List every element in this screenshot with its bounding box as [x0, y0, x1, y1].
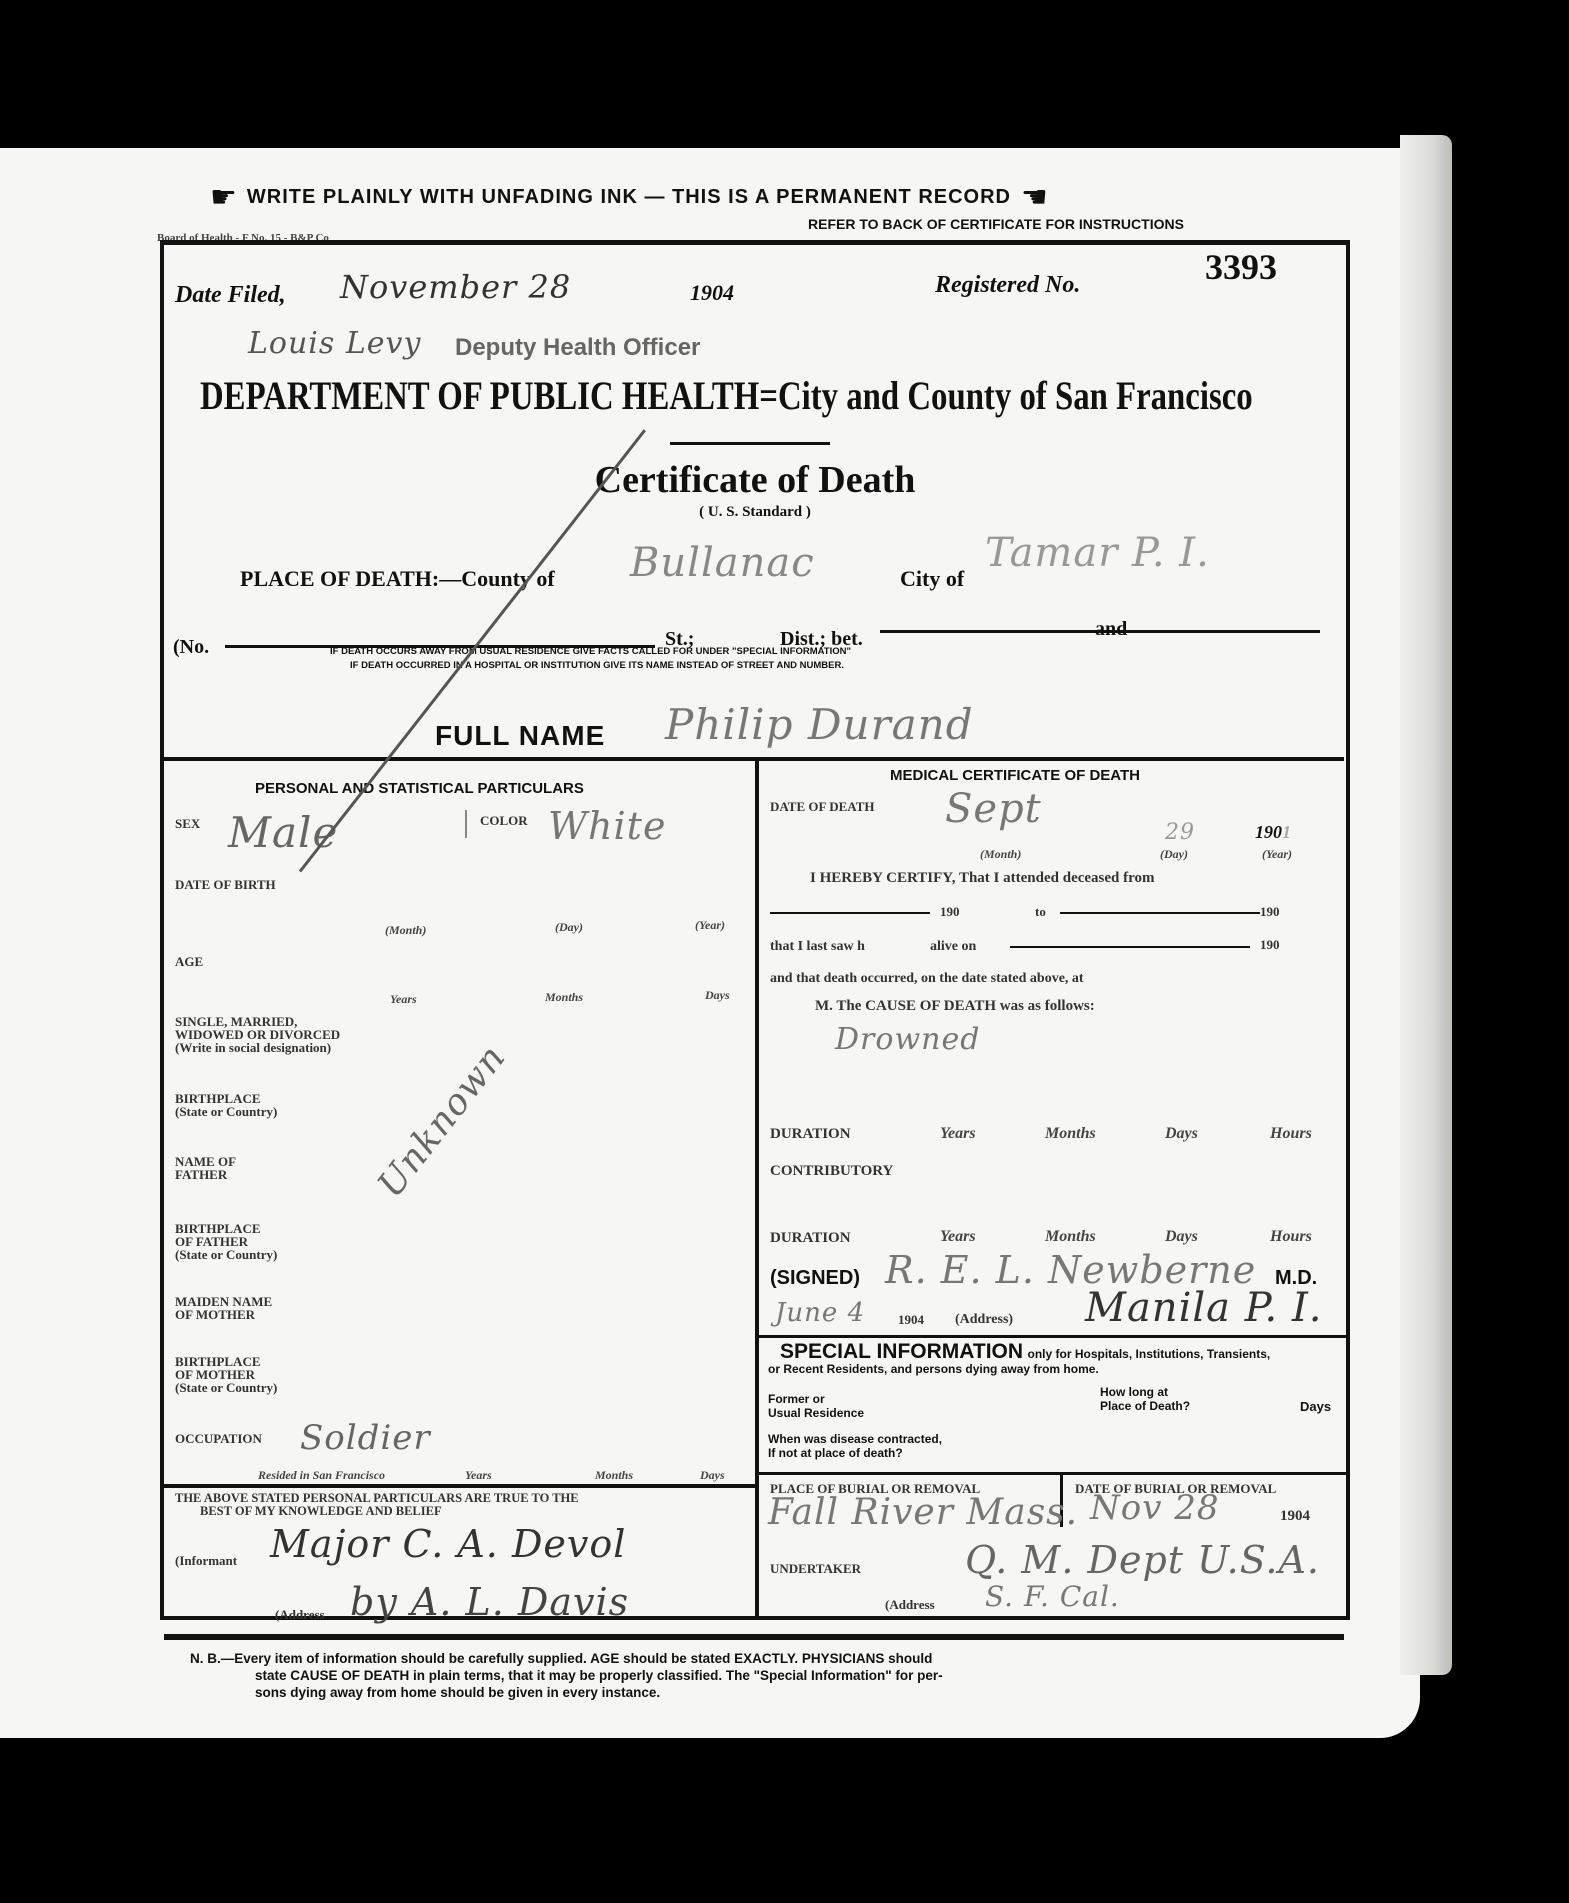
bottom-frame-rule	[164, 1634, 1344, 1640]
dod-month-value: Sept	[945, 786, 1042, 832]
undertaker-address-label: (Address	[885, 1598, 935, 1611]
burial-year: 1904	[1280, 1510, 1310, 1523]
burial-divider	[757, 1472, 1347, 1475]
resided-months: Months	[595, 1468, 633, 1483]
attest-divider	[164, 1484, 756, 1488]
dod-year-caption: (Year)	[1262, 847, 1292, 862]
color-value: White	[548, 804, 666, 848]
occupation-label: OCCUPATION	[175, 1432, 262, 1445]
age-label: AGE	[175, 955, 203, 968]
date-filed-label: Date Filed,	[175, 282, 286, 309]
standard-note: ( U. S. Standard )	[555, 504, 955, 521]
duration-months: Months	[1045, 1125, 1096, 1143]
city-label: City of	[900, 566, 964, 592]
informant-label: (Informant	[175, 1554, 237, 1567]
duration2-days: Days	[1165, 1228, 1198, 1246]
dob-year: (Year)	[695, 918, 725, 933]
father-name-label: NAME OF FATHER	[175, 1155, 236, 1181]
special-heading-2: or Recent Residents, and persons dying a…	[768, 1362, 1099, 1376]
resided-label: Resided in San Francisco	[258, 1468, 385, 1483]
duration-years: Years	[940, 1125, 976, 1143]
sex-value: Male	[228, 808, 338, 857]
resided-years: Years	[465, 1468, 492, 1483]
last-saw-label: that I last saw h	[770, 940, 865, 953]
and-label: and	[1095, 618, 1127, 641]
duration-label: DURATION	[770, 1128, 851, 1141]
occupation-value: Soldier	[300, 1418, 431, 1458]
place-of-death-label: PLACE OF DEATH:—County of	[240, 566, 555, 592]
duration2-hours: Hours	[1270, 1228, 1312, 1246]
cause-value: Drowned	[835, 1022, 980, 1057]
alive-on-year: 190	[1260, 938, 1280, 951]
disease-contracted-label: When was disease contracted, If not at p…	[768, 1432, 942, 1460]
sex-color-divider	[465, 810, 467, 838]
father-birthplace-label: BIRTHPLACE OF FATHER (State or Country)	[175, 1222, 277, 1261]
personal-heading: PERSONAL AND STATISTICAL PARTICULARS	[255, 780, 584, 797]
age-months: Months	[545, 990, 583, 1005]
dod-day-value: 29	[1165, 820, 1195, 845]
signed-label: (SIGNED)	[770, 1267, 860, 1290]
medical-heading: MEDICAL CERTIFICATE OF DEATH	[890, 767, 1140, 784]
physician-address-label: (Address)	[955, 1313, 1013, 1326]
birthplace-label: BIRTHPLACE (State or Country)	[175, 1092, 277, 1118]
pointing-hand-right-icon: ☛	[1021, 188, 1048, 208]
former-residence-label: Former or Usual Residence	[768, 1392, 864, 1420]
color-label: COLOR	[480, 814, 528, 827]
resided-days: Days	[700, 1468, 725, 1483]
duration-days: Days	[1165, 1125, 1198, 1143]
special-heading: SPECIAL INFORMATION only for Hospitals, …	[780, 1340, 1270, 1364]
occurred-text: and that death occurred, on the date sta…	[770, 972, 1084, 985]
dob-label: DATE OF BIRTH	[175, 878, 276, 891]
dod-month-caption: (Month)	[980, 847, 1021, 862]
officer-title: Deputy Health Officer	[455, 334, 700, 362]
title-divider	[670, 442, 830, 445]
cause-label: M. The CAUSE OF DEATH was as follows:	[815, 1000, 1095, 1013]
to-year: 190	[1260, 905, 1280, 918]
department-title: DEPARTMENT OF PUBLIC HEALTH=City and Cou…	[200, 372, 1118, 419]
dob-month: (Month)	[385, 923, 426, 938]
date-filed-value: November 28	[340, 268, 571, 306]
sign-year: 1904	[898, 1313, 924, 1326]
special-divider	[757, 1335, 1347, 1338]
alive-on-line	[1010, 946, 1250, 948]
from-line	[770, 912, 930, 914]
duration-label-2: DURATION	[770, 1232, 851, 1245]
physician-address-value: Manila P. I.	[1085, 1285, 1322, 1331]
registered-label: Registered No.	[935, 272, 1080, 299]
burial-date-value: Nov 28	[1090, 1488, 1220, 1528]
residence-note: IF DEATH OCCURS AWAY FROM USUAL RESIDENC…	[330, 646, 851, 657]
street-number-label: (No.	[173, 636, 209, 659]
mother-birthplace-label: BIRTHPLACE OF MOTHER (State or Country)	[175, 1355, 277, 1394]
full-name-label: FULL NAME	[435, 720, 605, 752]
to-label: to	[1035, 905, 1046, 918]
pointing-hand-left-icon: ☛	[210, 188, 237, 208]
column-divider	[755, 760, 759, 1620]
how-long-days: Days	[1300, 1399, 1331, 1414]
full-name-value: Philip Durand	[665, 700, 974, 749]
dod-label: DATE OF DEATH	[770, 800, 875, 813]
undertaker-address-value: S. F. Cal.	[985, 1580, 1120, 1613]
page-edge	[1400, 135, 1452, 1675]
registered-number: 3393	[1205, 246, 1277, 288]
sign-date: June 4	[775, 1298, 865, 1328]
county-value: Bullanac	[630, 540, 815, 586]
date-filed-year: 1904	[690, 280, 734, 306]
how-long-label: How long at Place of Death?	[1100, 1385, 1190, 1413]
certify-text: I HEREBY CERTIFY, That I attended deceas…	[810, 872, 1155, 885]
hospital-note: IF DEATH OCCURRED IN A HOSPITAL OR INSTI…	[350, 660, 844, 671]
warning-banner: ☛ WRITE PLAINLY WITH UNFADING INK — THIS…	[210, 186, 1310, 209]
from-year: 190	[940, 905, 960, 918]
contributory-label: CONTRIBUTORY	[770, 1165, 893, 1178]
mother-name-label: MAIDEN NAME OF MOTHER	[175, 1295, 272, 1321]
age-years: Years	[390, 992, 417, 1007]
sex-label: SEX	[175, 817, 200, 830]
duration2-months: Months	[1045, 1228, 1096, 1246]
nb-footer: N. B.—Every item of information should b…	[190, 1650, 943, 1701]
duration-hours: Hours	[1270, 1125, 1312, 1143]
duration2-years: Years	[940, 1228, 976, 1246]
to-line	[1060, 912, 1260, 914]
undertaker-label: UNDERTAKER	[770, 1562, 861, 1575]
informant-address-label: (Address	[275, 1608, 325, 1621]
dod-day-caption: (Day)	[1160, 847, 1188, 862]
city-value: Tamar P. I.	[985, 530, 1210, 576]
dob-day: (Day)	[555, 920, 583, 935]
dod-year-value: 1901	[1255, 822, 1291, 843]
burial-place-value: Fall River Mass.	[768, 1492, 1078, 1533]
undertaker-value: Q. M. Dept U.S.A.	[965, 1538, 1320, 1582]
officer-signature: Louis Levy	[248, 326, 421, 361]
informant-address-value: by A. L. Davis	[350, 1580, 629, 1624]
section-divider	[164, 757, 1344, 761]
age-days: Days	[705, 988, 730, 1003]
refer-instructions: REFER TO BACK OF CERTIFICATE FOR INSTRUC…	[808, 216, 1184, 232]
alive-on-label: alive on	[930, 940, 976, 953]
marital-label: SINGLE, MARRIED, WIDOWED OR DIVORCED (Wr…	[175, 1015, 340, 1054]
attest-line-2: BEST OF MY KNOWLEDGE AND BELIEF	[200, 1505, 442, 1518]
informant-value: Major C. A. Devol	[270, 1522, 626, 1566]
